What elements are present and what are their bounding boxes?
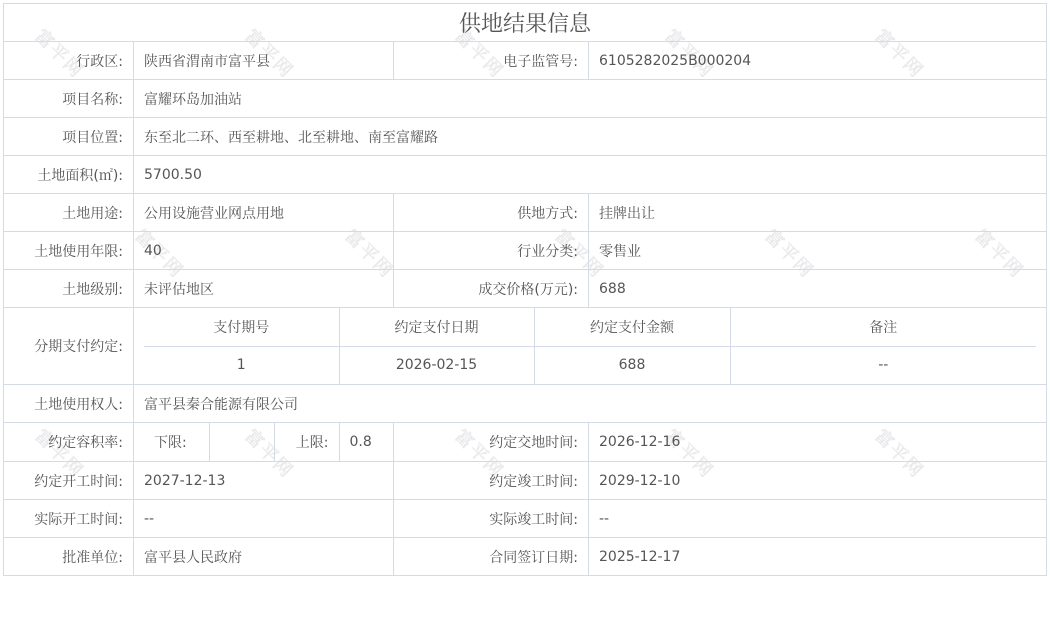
far-lower-value bbox=[209, 423, 274, 461]
table-row: 项目名称: 富耀环岛加油站 bbox=[4, 80, 1047, 118]
project-name-label: 项目名称: bbox=[4, 80, 134, 118]
far-label: 约定容积率: bbox=[4, 423, 134, 462]
installment-table-cell: 支付期号 约定支付日期 约定支付金额 备注 1 2026-02-15 688 -… bbox=[134, 308, 1047, 385]
district-label: 行政区: bbox=[4, 42, 134, 80]
completion-time-label: 约定竣工时间: bbox=[394, 462, 589, 500]
land-use-value: 公用设施营业网点用地 bbox=[134, 194, 394, 232]
land-use-label: 土地用途: bbox=[4, 194, 134, 232]
actual-completion-value: -- bbox=[589, 500, 1047, 538]
installment-amount: 688 bbox=[534, 346, 730, 384]
table-row: 批准单位: 富平县人民政府 合同签订日期: 2025-12-17 bbox=[4, 538, 1047, 576]
far-lower-label: 下限: bbox=[144, 423, 209, 461]
start-time-label: 约定开工时间: bbox=[4, 462, 134, 500]
project-location-label: 项目位置: bbox=[4, 118, 134, 156]
project-location-value: 东至北二环、西至耕地、北至耕地、南至富耀路 bbox=[134, 118, 1047, 156]
column-header: 备注 bbox=[730, 308, 1036, 346]
price-value: 688 bbox=[589, 270, 1047, 308]
column-header: 约定支付日期 bbox=[339, 308, 534, 346]
far-upper-value: 0.8 bbox=[339, 423, 383, 461]
supervision-no-label: 电子监管号: bbox=[394, 42, 589, 80]
table-row: 行政区: 陕西省渭南市富平县 电子监管号: 6105282025B000204 bbox=[4, 42, 1047, 80]
supply-method-label: 供地方式: bbox=[394, 194, 589, 232]
land-user-value: 富平县秦合能源有限公司 bbox=[134, 385, 1047, 423]
start-time-value: 2027-12-13 bbox=[134, 462, 394, 500]
use-term-value: 40 bbox=[134, 232, 394, 270]
table-row: 土地使用年限: 40 行业分类: 零售业 bbox=[4, 232, 1047, 270]
approver-label: 批准单位: bbox=[4, 538, 134, 576]
handover-time-value: 2026-12-16 bbox=[589, 423, 1047, 462]
district-value: 陕西省渭南市富平县 bbox=[134, 42, 394, 80]
land-grade-value: 未评估地区 bbox=[134, 270, 394, 308]
actual-start-value: -- bbox=[134, 500, 394, 538]
supply-method-value: 挂牌出让 bbox=[589, 194, 1047, 232]
contract-date-label: 合同签订日期: bbox=[394, 538, 589, 576]
installment-date: 2026-02-15 bbox=[339, 346, 534, 384]
contract-date-value: 2025-12-17 bbox=[589, 538, 1047, 576]
far-range-cell: 下限: 上限: 0.8 bbox=[134, 423, 394, 462]
table-row: 项目位置: 东至北二环、西至耕地、北至耕地、南至富耀路 bbox=[4, 118, 1047, 156]
use-term-label: 土地使用年限: bbox=[4, 232, 134, 270]
column-header: 约定支付金额 bbox=[534, 308, 730, 346]
approver-value: 富平县人民政府 bbox=[134, 538, 394, 576]
land-area-value: 5700.50 bbox=[134, 156, 1047, 194]
table-row: 约定容积率: 下限: 上限: 0.8 约定交地时间: 2026-12-16 bbox=[4, 423, 1047, 462]
installment-row: 1 2026-02-15 688 -- bbox=[144, 346, 1036, 384]
installment-remark: -- bbox=[730, 346, 1036, 384]
installment-label: 分期支付约定: bbox=[4, 308, 134, 385]
table-row: 土地级别: 未评估地区 成交价格(万元): 688 bbox=[4, 270, 1047, 308]
actual-start-label: 实际开工时间: bbox=[4, 500, 134, 538]
table-row: 土地用途: 公用设施营业网点用地 供地方式: 挂牌出让 bbox=[4, 194, 1047, 232]
industry-label: 行业分类: bbox=[394, 232, 589, 270]
land-area-label: 土地面积(㎡): bbox=[4, 156, 134, 194]
far-range-table: 下限: 上限: 0.8 bbox=[144, 423, 383, 461]
land-user-label: 土地使用权人: bbox=[4, 385, 134, 423]
table-row: 土地面积(㎡): 5700.50 bbox=[4, 156, 1047, 194]
price-label: 成交价格(万元): bbox=[394, 270, 589, 308]
installment-header-row: 支付期号 约定支付日期 约定支付金额 备注 bbox=[144, 308, 1036, 346]
land-grade-label: 土地级别: bbox=[4, 270, 134, 308]
completion-time-value: 2029-12-10 bbox=[589, 462, 1047, 500]
table-row: 实际开工时间: -- 实际竣工时间: -- bbox=[4, 500, 1047, 538]
table-row: 土地使用权人: 富平县秦合能源有限公司 bbox=[4, 385, 1047, 423]
handover-time-label: 约定交地时间: bbox=[394, 423, 589, 462]
table-row: 分期支付约定: 支付期号 约定支付日期 约定支付金额 备注 1 2026-02-… bbox=[4, 308, 1047, 385]
actual-completion-label: 实际竣工时间: bbox=[394, 500, 589, 538]
page-title: 供地结果信息 bbox=[4, 4, 1047, 42]
land-supply-result-table: 供地结果信息 行政区: 陕西省渭南市富平县 电子监管号: 6105282025B… bbox=[3, 3, 1047, 576]
supervision-no-value: 6105282025B000204 bbox=[589, 42, 1047, 80]
table-row: 约定开工时间: 2027-12-13 约定竣工时间: 2029-12-10 bbox=[4, 462, 1047, 500]
column-header: 支付期号 bbox=[144, 308, 339, 346]
project-name-value: 富耀环岛加油站 bbox=[134, 80, 1047, 118]
installment-table: 支付期号 约定支付日期 约定支付金额 备注 1 2026-02-15 688 -… bbox=[144, 308, 1036, 384]
far-upper-label: 上限: bbox=[274, 423, 339, 461]
industry-value: 零售业 bbox=[589, 232, 1047, 270]
installment-period: 1 bbox=[144, 346, 339, 384]
